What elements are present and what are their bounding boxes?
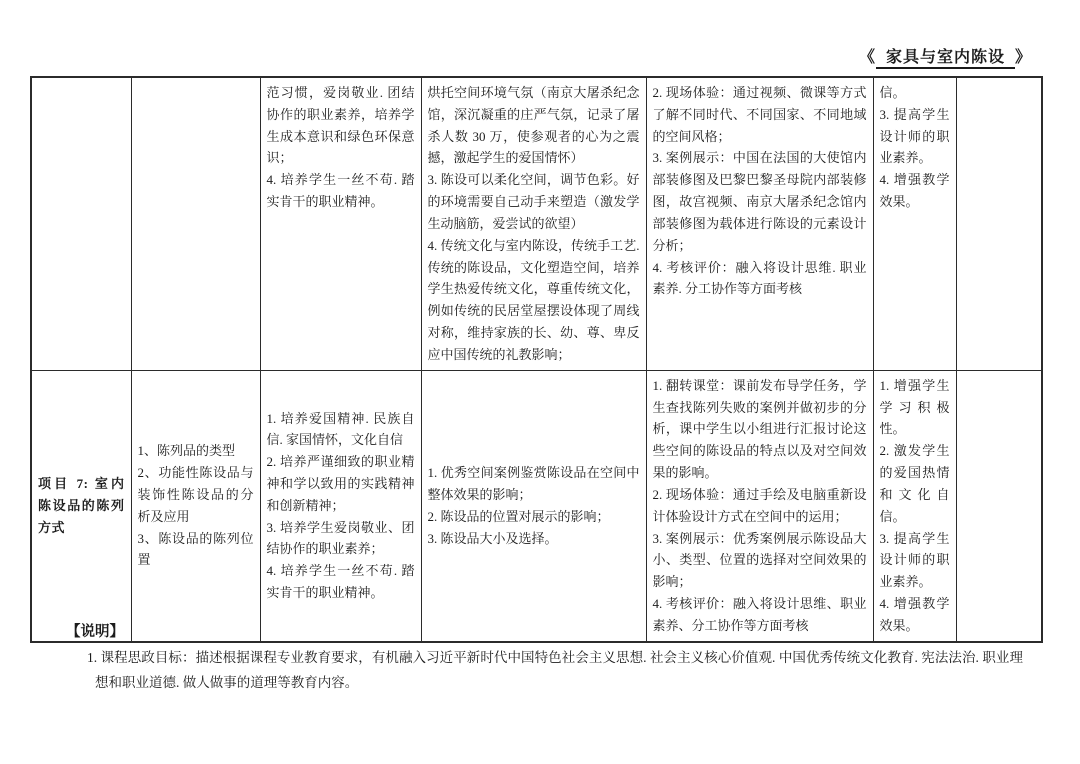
cell-outcomes: 1. 增强学生学习积极性。 2. 激发学生的爱国热情和文化自信。 3. 提高学生… [873,370,956,641]
cell-integration-points-cont: 烘托空间环境气氛（南京大屠杀纪念馆，深沉凝重的庄严气氛，记录了屠杀人数 30 万… [421,77,646,370]
notes-heading: 【说明】 [66,620,124,641]
curriculum-table: 范习惯，爱岗敬业. 团结协作的职业素养，培养学生成本意识和绿色环保意识； 4. … [30,76,1043,643]
cell-extra-empty [956,77,1042,370]
table-row-continuation: 范习惯，爱岗敬业. 团结协作的职业素养，培养学生成本意识和绿色环保意识； 4. … [31,77,1042,370]
document-title: 《家具与室内陈设》 [859,44,1032,67]
document-page: 《家具与室内陈设》 范习惯，爱岗敬业. 团结协作的职业素养，培养学生成本意识和绿… [0,0,1080,764]
table-row-project7: 项目 7: 室内陈设品的陈列方式 1、陈列品的类型 2、功能性陈设品与装饰性陈设… [31,370,1042,641]
cell-extra-empty-2 [956,370,1042,641]
cell-ideology-goals: 1. 培养爱国精神. 民族自信. 家国情怀，文化自信 2. 培养严谨细致的职业精… [260,370,421,641]
cell-content-empty [131,77,260,370]
cell-content-list: 1、陈列品的类型 2、功能性陈设品与装饰性陈设品的分析及应用 3、陈设品的陈列位… [131,370,260,641]
course-title: 家具与室内陈设 [876,49,1015,69]
cell-project-empty [31,77,131,370]
note-item-1: 1. 课程思政目标：描述根据课程专业教育要求，有机融入习近平新时代中国特色社会主… [87,645,1023,695]
cell-outcomes-cont: 信。 3. 提高学生设计师的职业素养。 4. 增强教学效果。 [873,77,956,370]
cell-teaching-methods-cont: 2. 现场体验：通过视频、微课等方式了解不同时代、不同国家、不同地域的空间风格；… [646,77,873,370]
cell-ideology-goals-cont: 范习惯，爱岗敬业. 团结协作的职业素养，培养学生成本意识和绿色环保意识； 4. … [260,77,421,370]
title-bracket-right: 》 [1015,49,1032,66]
cell-integration-points: 1. 优秀空间案例鉴赏陈设品在空间中整体效果的影响； 2. 陈设品的位置对展示的… [421,370,646,641]
cell-teaching-methods: 1. 翻转课堂：课前发布导学任务，学生查找陈列失败的案例并做初步的分析，课中学生… [646,370,873,641]
title-bracket-left: 《 [859,49,876,66]
cell-project-name: 项目 7: 室内陈设品的陈列方式 [31,370,131,641]
